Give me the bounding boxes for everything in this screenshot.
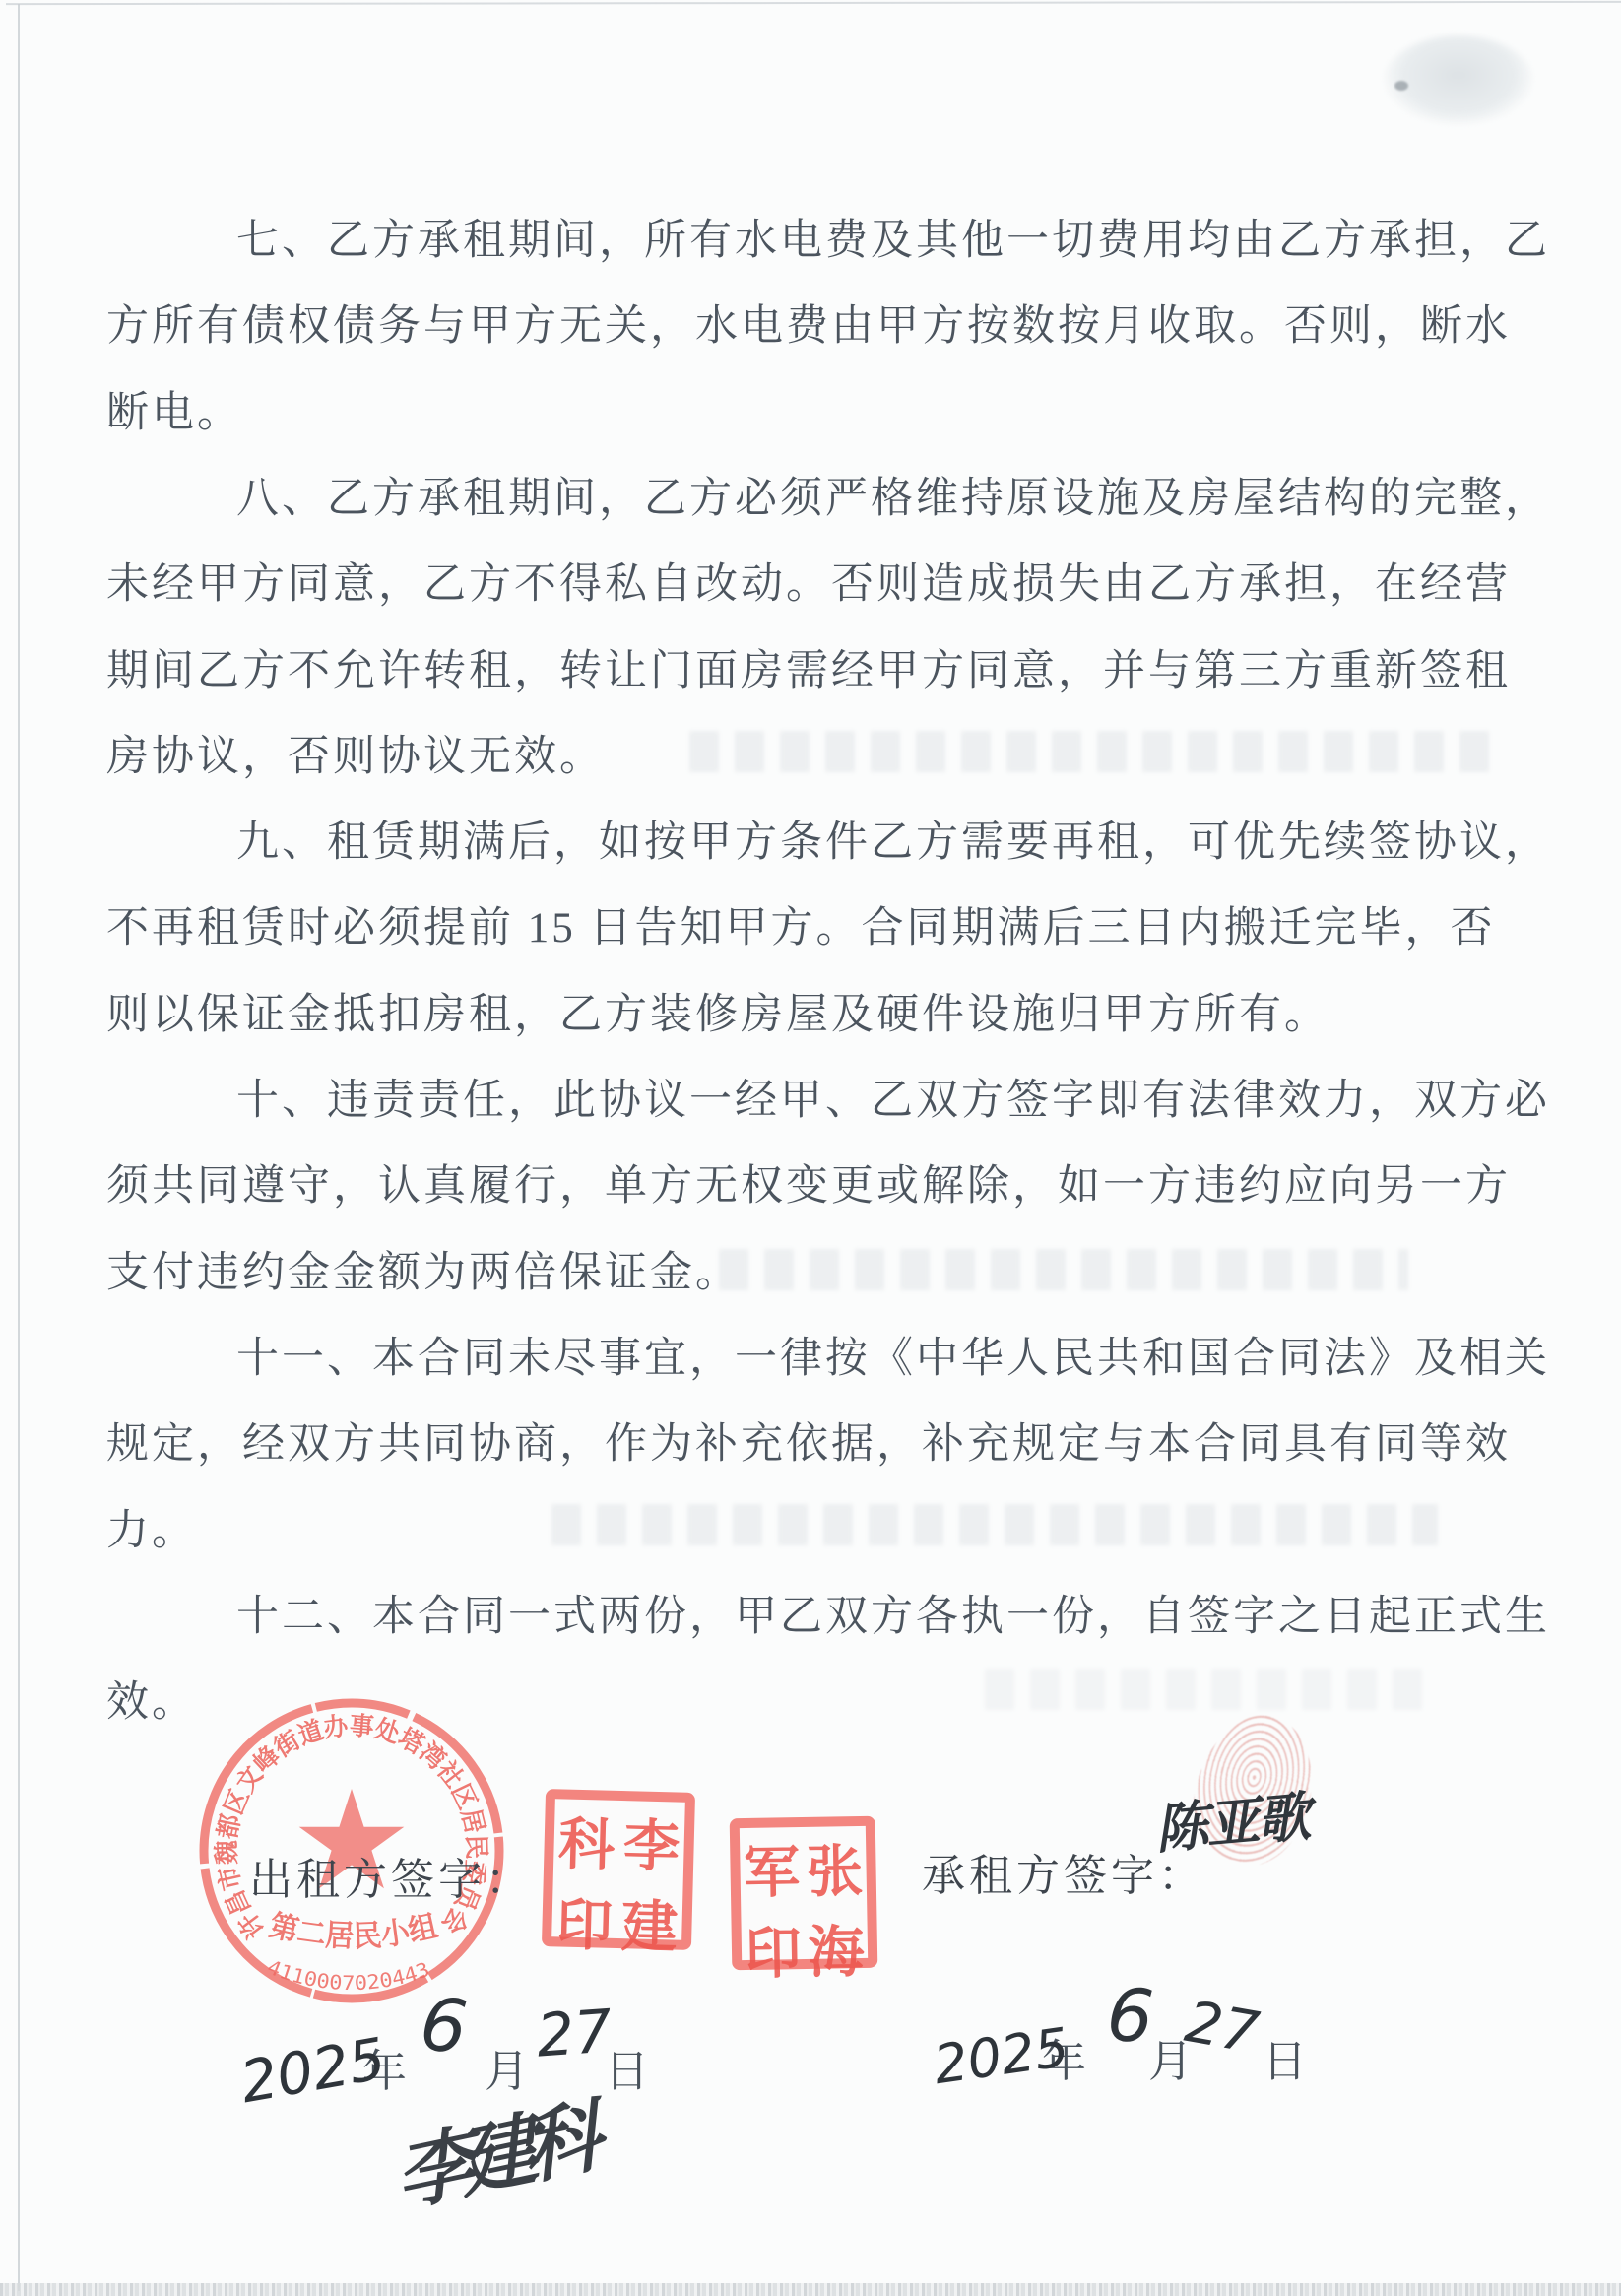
bleed-through-ghost [719, 1249, 1408, 1290]
scan-edge-top [6, 1, 1621, 5]
lessor-signature-label: 出租方签字： [249, 1844, 533, 1907]
contract-line: 期间乙方不允许转租，转让门面房需经甲方同意，并与第三方重新签租 [106, 649, 1511, 694]
scan-smudge-dot [1394, 81, 1408, 91]
lessor-date-year-hw: 2025 [235, 2025, 390, 2117]
lessee-date-day-hw: 27 [1181, 1988, 1264, 2066]
contract-line: 七、乙方承租期间，所有水电费及其他一切费用均由乙方承担，乙 [236, 219, 1550, 264]
contract-line: 八、乙方承租期间，乙方必须严格维持原设施及房屋结构的完整， [236, 477, 1550, 522]
lessor-date-day-hw: 27 [535, 1997, 615, 2070]
seal-char: 李 [618, 1801, 685, 1883]
seal-char: 印 [741, 1908, 805, 1990]
lessee-date-month-hw: 6 [1104, 1972, 1156, 2060]
scanned-contract-page: { "page": { "background": "#fbfcfc", "in… [0, 0, 1621, 2296]
lessor-date-month-hw: 6 [417, 1982, 472, 2070]
contract-line: 房协议，否则协议无效。 [106, 735, 605, 780]
contract-line: 方所有债权债务与甲方无关，水电费由甲方按数按月收取。否则，断水 [106, 304, 1511, 350]
bleed-through-ghost [551, 1504, 1438, 1545]
contract-line: 支付违约金金额为两倍保证金。 [106, 1251, 741, 1296]
seal-char: 科 [553, 1799, 620, 1881]
bleed-through-ghost [985, 1669, 1428, 1710]
lessee-handwritten-signature: 陈亚歌 [1154, 1774, 1320, 1865]
seal-char: 海 [804, 1907, 868, 1989]
scan-edge-left [18, 4, 20, 2291]
contract-line: 须共同遵守，认真履行，单方无权变更或解除，如一方违约应向另一方 [106, 1164, 1511, 1210]
seal-char: 张 [803, 1826, 867, 1908]
name-seal-zhanghaijun: 军 张 印 海 [730, 1816, 878, 1971]
contract-line: 力。 [106, 1509, 197, 1554]
contract-line: 十、违责责任，此协议一经甲、乙双方签字即有法律效力，双方必 [236, 1079, 1550, 1124]
seal-subtitle: 第二居民小组 [266, 1908, 440, 1953]
lessor-handwritten-signature: 李建科 [398, 2069, 601, 2228]
scan-edge-bottom [0, 2283, 1621, 2296]
day-label: 日 [1263, 2025, 1307, 2089]
contract-line: 十二、本合同一式两份，甲乙双方各执一份，自签字之日起正式生 [236, 1595, 1550, 1640]
contract-line: 则以保证金抵扣房租，乙方装修房屋及硬件设施归甲方所有。 [106, 993, 1329, 1038]
contract-line: 断电。 [106, 391, 242, 436]
contract-line: 效。 [106, 1680, 197, 1726]
seal-char: 建 [616, 1881, 683, 1964]
contract-line: 规定，经双方共同协商，作为补充依据，补充规定与本合同具有同等效 [106, 1422, 1511, 1468]
contract-line: 未经甲方同意，乙方不得私自改动。否则造成损失由乙方承担，在经营 [106, 562, 1511, 608]
seal-char: 军 [740, 1827, 804, 1909]
contract-line: 十一、本合同未尽事宜，一律按《中华人民共和国合同法》及相关 [236, 1337, 1550, 1382]
contract-line: 九、租赁期满后，如按甲方条件乙方需要再租，可优先续签协议， [236, 820, 1550, 866]
bleed-through-ghost [689, 731, 1497, 772]
seal-char: 印 [551, 1879, 618, 1962]
scan-smudge [1385, 35, 1532, 124]
name-seal-lijianke: 科 李 印 建 [542, 1789, 695, 1950]
svg-text:第二居民小组: 第二居民小组 [266, 1908, 440, 1953]
contract-line: 不再租赁时必须提前 15 日告知甲方。合同期满后三日内搬迁完毕，否 [106, 906, 1496, 951]
